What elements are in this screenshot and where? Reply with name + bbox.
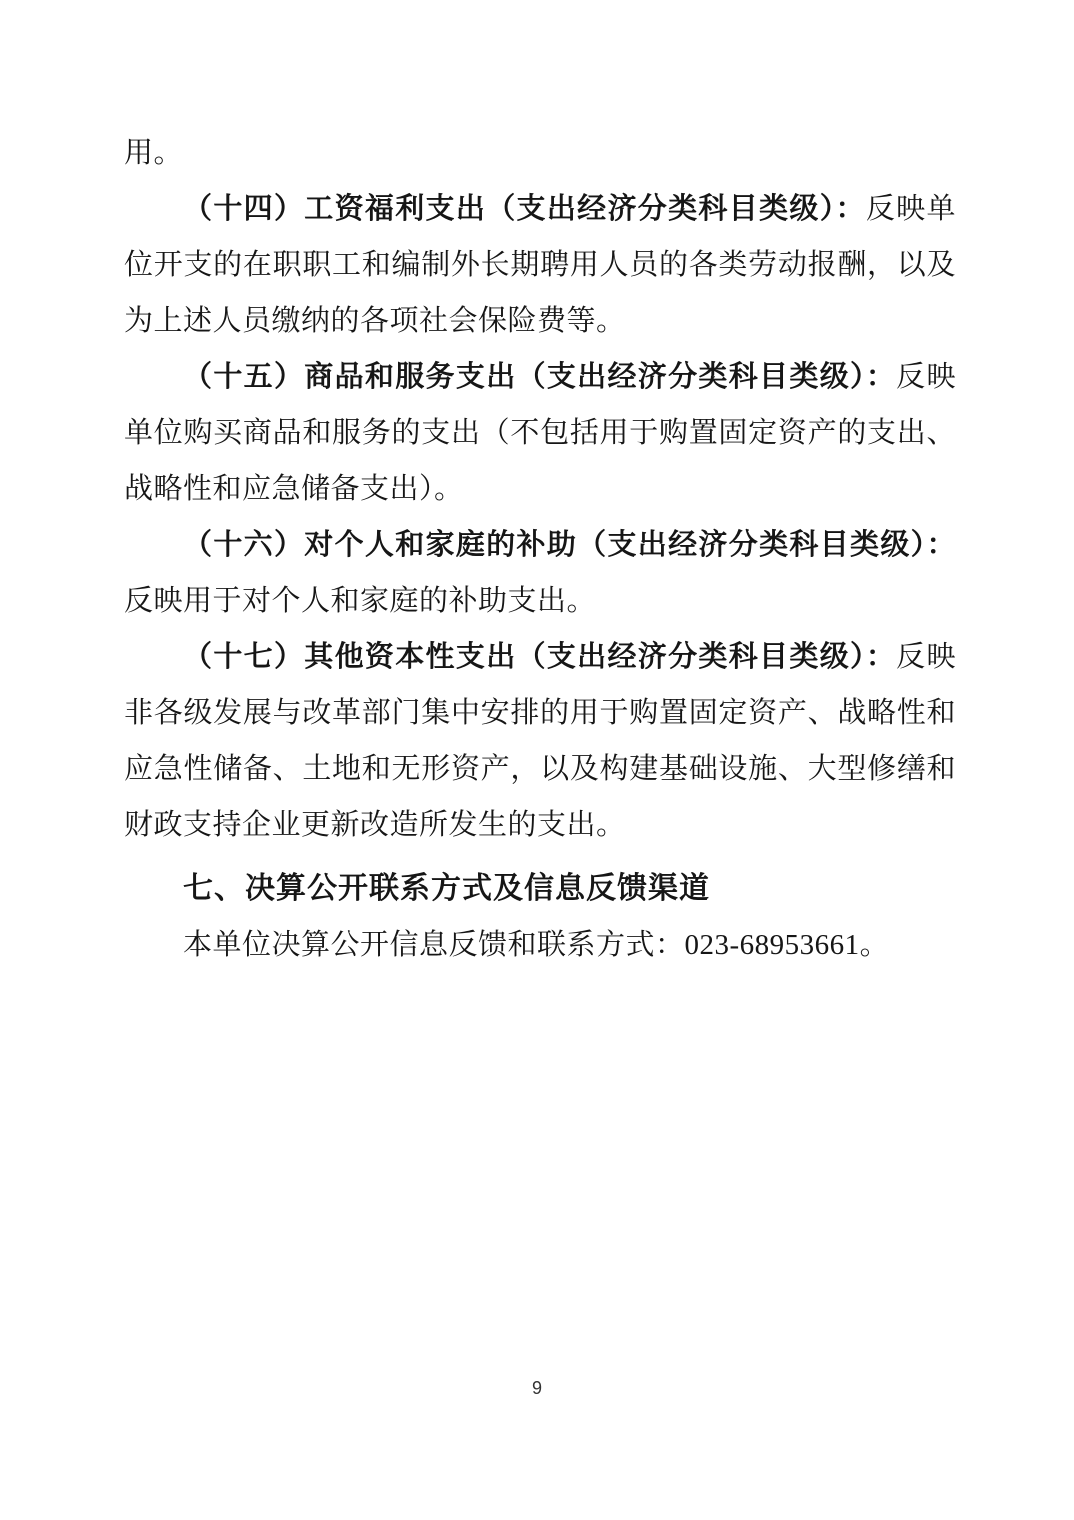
paragraph: （十四）工资福利支出（支出经济分类科目类级）：反映单位开支的在职职工和编制外长期… bbox=[124, 181, 956, 349]
paragraph: （十七）其他资本性支出（支出经济分类科目类级）：反映非各级发展与改革部门集中安排… bbox=[124, 629, 956, 853]
paragraph: （十六）对个人和家庭的补助（支出经济分类科目类级）：反映用于对个人和家庭的补助支… bbox=[124, 517, 956, 629]
paragraph-lead-bold: （十四）工资福利支出（支出经济分类科目类级）： bbox=[183, 193, 866, 225]
page-number: 9 bbox=[532, 1378, 542, 1398]
paragraph: （十五）商品和服务支出（支出经济分类科目类级）：反映单位购买商品和服务的支出（不… bbox=[124, 349, 956, 517]
page-footer: 9 bbox=[0, 1378, 1074, 1399]
paragraph-text: 反映用于对个人和家庭的补助支出。 bbox=[124, 585, 596, 617]
paragraph-lead-bold: 七、决算公开联系方式及信息反馈渠道 bbox=[183, 872, 710, 905]
paragraph: 本单位决算公开信息反馈和联系方式：023-68953661。 bbox=[124, 917, 956, 973]
paragraph-lead-bold: （十五）商品和服务支出（支出经济分类科目类级）： bbox=[183, 361, 896, 393]
paragraph: 用。 bbox=[124, 125, 956, 181]
paragraph-lead-bold: （十七）其他资本性支出（支出经济分类科目类级）： bbox=[183, 641, 896, 673]
document-page: 用。（十四）工资福利支出（支出经济分类科目类级）：反映单位开支的在职职工和编制外… bbox=[0, 0, 1074, 1520]
paragraph-text: 本单位决算公开信息反馈和联系方式：023-68953661。 bbox=[183, 929, 889, 961]
paragraph-lead-bold: （十六）对个人和家庭的补助（支出经济分类科目类级）： bbox=[183, 529, 956, 561]
document-body: 用。（十四）工资福利支出（支出经济分类科目类级）：反映单位开支的在职职工和编制外… bbox=[124, 125, 956, 973]
paragraph-text: 用。 bbox=[124, 137, 183, 169]
section-heading: 七、决算公开联系方式及信息反馈渠道 bbox=[124, 861, 956, 917]
